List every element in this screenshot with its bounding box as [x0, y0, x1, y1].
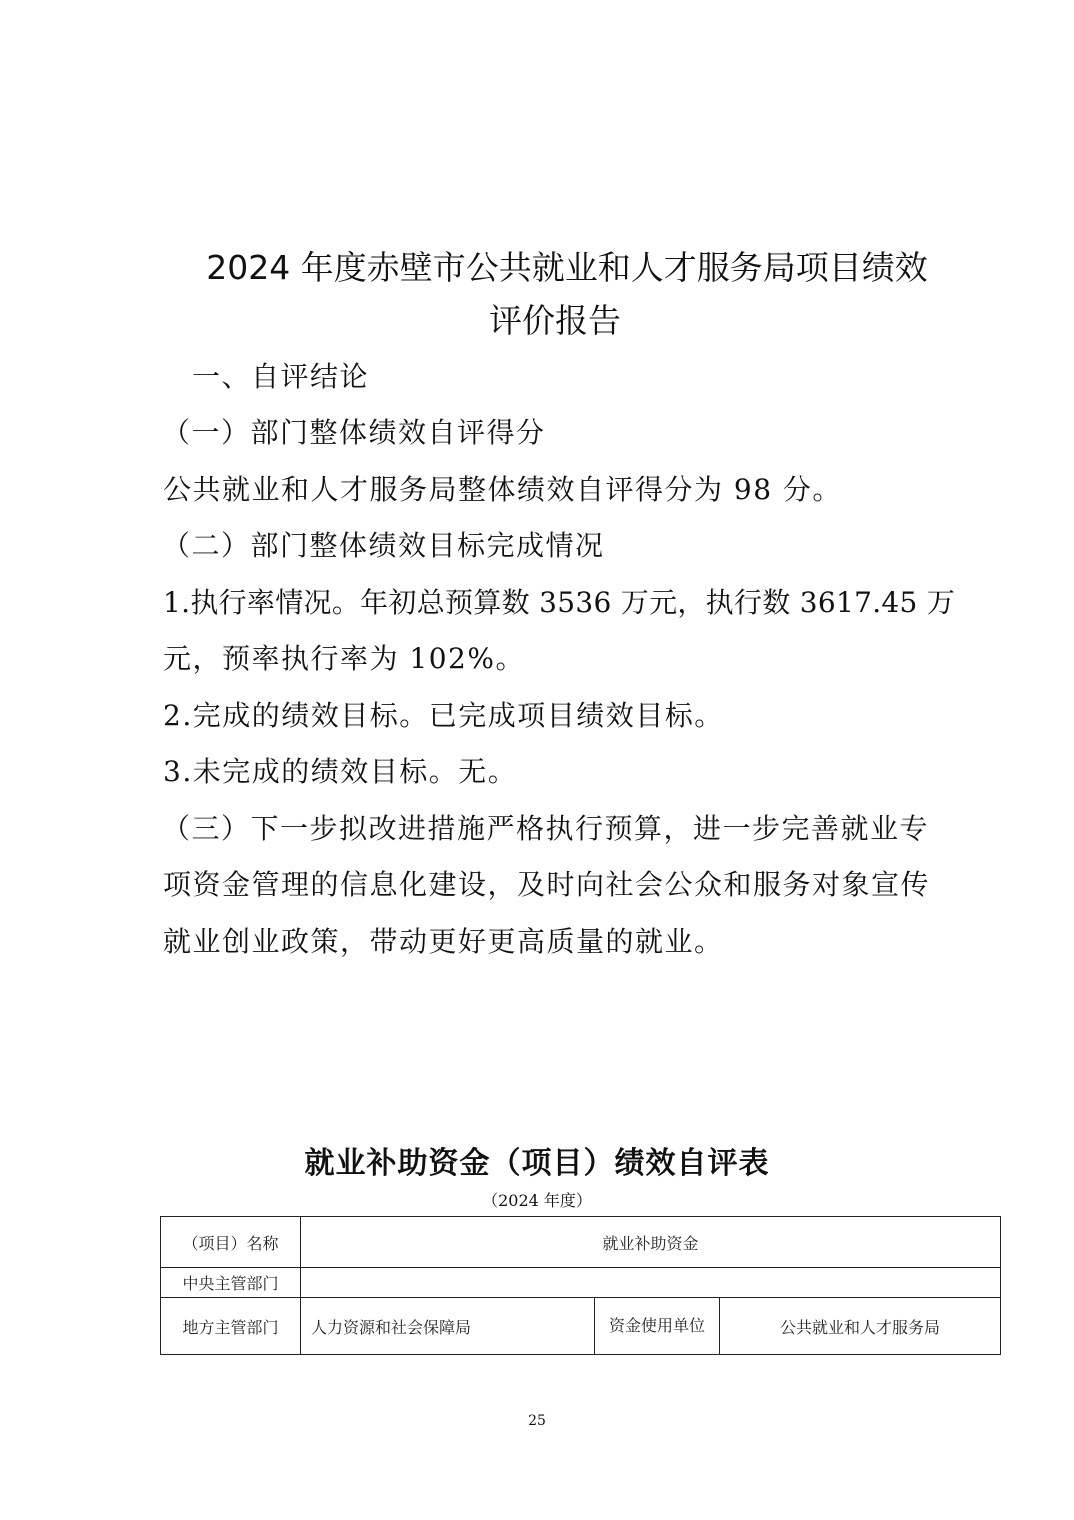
sub1-text: 公共就业和人才服务局整体绩效自评得分为 98 分。 [163, 468, 842, 508]
item1-line1: 1.执行率情况。年初总预算数 3536 万元，执行数 3617.45 万 [163, 581, 955, 621]
sub1-heading: （一）部门整体绩效自评得分 [162, 411, 546, 451]
local-dept-label: 地方主管部门 [161, 1298, 301, 1355]
sub3-line1: （三）下一步拟改进措施严格执行预算，进一步完善就业专 [162, 807, 929, 847]
table-title: 就业补助资金（项目）绩效自评表 [0, 1138, 1074, 1182]
fund-user-label: 资金使用单位 [595, 1298, 720, 1355]
local-dept-value: 人力资源和社会保障局 [301, 1298, 595, 1355]
report-title-line1: 2024 年度赤壁市公共就业和人才服务局项目绩效 [30, 242, 1074, 289]
item2: 2.完成的绩效目标。已完成项目绩效目标。 [163, 694, 724, 734]
sub3-line3: 就业创业政策，带动更好更高质量的就业。 [163, 920, 724, 960]
page-number: 25 [0, 1413, 1074, 1429]
sub2-heading: （二）部门整体绩效目标完成情况 [162, 524, 605, 564]
central-dept-label: 中央主管部门 [161, 1268, 301, 1298]
evaluation-table: （项目）名称 就业补助资金 中央主管部门 地方主管部门 人力资源和社会保障局 资… [160, 1216, 1001, 1355]
section1-heading: 一、自评结论 [192, 355, 369, 395]
project-name-value: 就业补助资金 [301, 1217, 1001, 1268]
central-dept-value [301, 1268, 1001, 1298]
table-row: 中央主管部门 [161, 1268, 1001, 1298]
project-name-label: （项目）名称 [161, 1217, 301, 1268]
report-title-line2: 评价报告 [18, 295, 1074, 342]
table-subtitle: （2024 年度） [0, 1188, 1074, 1211]
item1-line2: 元，预率执行率为 102%。 [163, 637, 525, 677]
table-row: 地方主管部门 人力资源和社会保障局 资金使用单位 公共就业和人才服务局 [161, 1298, 1001, 1355]
table-row: （项目）名称 就业补助资金 [161, 1217, 1001, 1268]
fund-user-value: 公共就业和人才服务局 [720, 1298, 1001, 1355]
item3: 3.未完成的绩效目标。无。 [163, 750, 517, 790]
sub3-line2: 项资金管理的信息化建设，及时向社会公众和服务对象宣传 [163, 863, 930, 903]
